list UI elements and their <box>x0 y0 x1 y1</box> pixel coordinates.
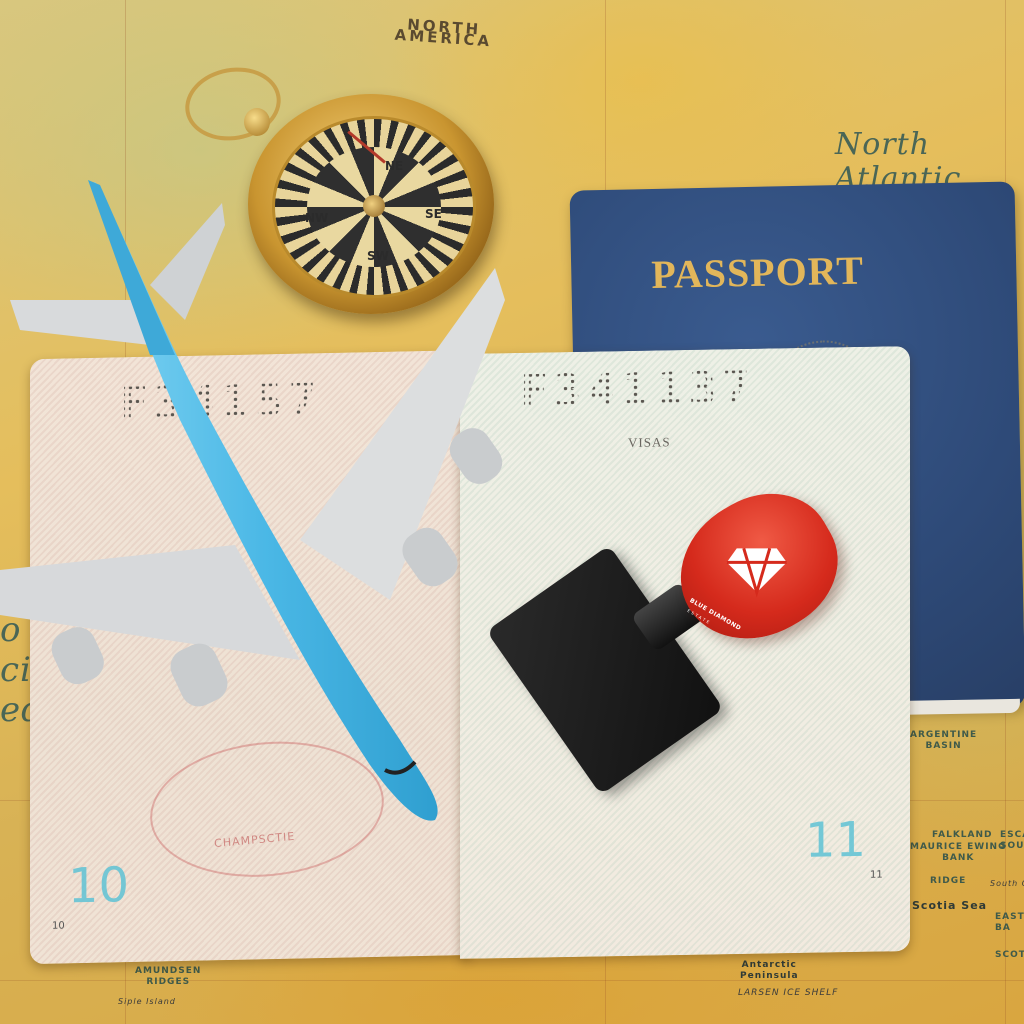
map-label-north-america: NORTH AMERICA <box>394 19 493 48</box>
visas-heading: VISAS <box>628 434 671 451</box>
page-perforation-number: F34157 <box>120 373 322 431</box>
map-label-ridge: RIDGE <box>930 876 966 887</box>
page-number-large: 11 <box>805 812 866 869</box>
map-label-scotia-sea: Scotia Sea <box>912 900 987 911</box>
brass-compass: NE SE SW NW <box>248 94 494 314</box>
travel-flatlay-scene: NORTH AMERICA North Atlantic ARGENTINE B… <box>0 0 1024 1024</box>
compass-dir-ne: NE <box>385 159 403 173</box>
map-label-falkland: FALKLAND <box>932 830 993 841</box>
airplane-vertical-fin <box>88 180 175 355</box>
page-number-small: 11 <box>870 870 883 881</box>
map-label-antarctic-peninsula: Antarctic Peninsula <box>740 960 799 982</box>
passport-title: PASSPORT <box>651 247 865 298</box>
rubber-stamp-handle: BLUE DIAMOND ESTATE <box>655 469 861 666</box>
map-label-amundsen: AMUNDSEN RIDGES <box>135 966 201 988</box>
entry-stamp-text: CHAMPSCTIE <box>214 830 296 850</box>
airplane-tail-stabilizer <box>150 203 225 320</box>
compass-dir-nw: NW <box>305 211 328 225</box>
compass-knob <box>244 108 270 136</box>
diamond-icon <box>722 530 792 600</box>
map-label-larsen: LARSEN ICE SHELF <box>738 988 838 999</box>
page-number-small: 10 <box>52 920 65 931</box>
map-label-siple: Siple Island <box>118 996 176 1007</box>
map-label-argentine-basin: ARGENTINE BASIN <box>910 730 977 752</box>
compass-dir-sw: SW <box>367 249 389 263</box>
compass-dir-se: SE <box>425 207 442 221</box>
compass-hub <box>363 195 385 217</box>
entry-stamp: CHAMPSCTIE <box>146 732 389 887</box>
map-label-south-georgia: South Georgia <box>990 878 1024 889</box>
map-label-esca: ESCA SOUT <box>1000 830 1024 852</box>
page-number-large: 10 <box>68 857 129 914</box>
page-perforation-number: F341137 <box>520 361 756 419</box>
map-label-east: EAST BA <box>995 912 1024 934</box>
map-label-maurice-ewing: MAURICE EWING BANK <box>910 842 1006 864</box>
passport-page-left: F34157 CHAMPSCTIE 10 10 <box>30 350 470 964</box>
map-label-scotia-right: SCOTIA <box>995 950 1024 961</box>
rubber-stamp: BLUE DIAMOND ESTATE <box>520 495 850 785</box>
compass-face: NE SE SW NW <box>272 116 476 298</box>
compass-ring <box>179 60 286 148</box>
airplane-tail-stabilizer <box>10 300 150 345</box>
